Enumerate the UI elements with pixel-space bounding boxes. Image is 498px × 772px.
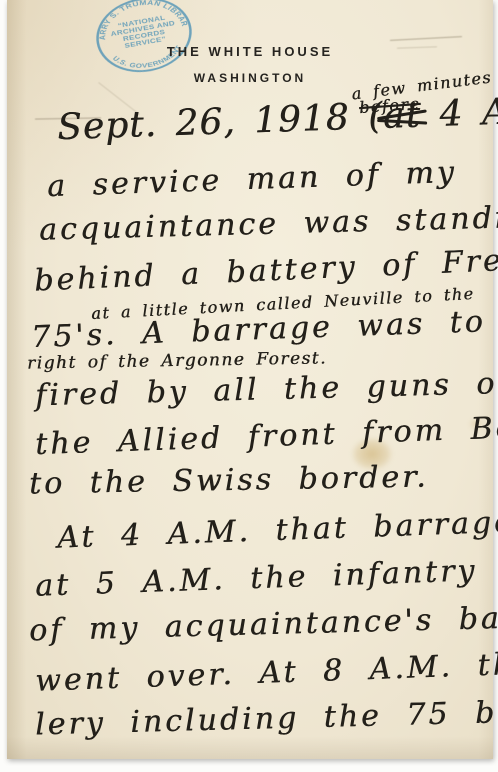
handwritten-line: at 5 A.M. the infantry in front	[35, 547, 498, 603]
handwritten-line: of my acquaintance's battery	[29, 599, 498, 649]
handwritten-line: the Allied front from Belgium	[35, 407, 498, 462]
handwritten-line: went over. At 8 A.M. the artil-	[35, 642, 498, 699]
date-text: Sept. 26, 1918 (	[56, 96, 383, 148]
letterhead-title: THE WHITE HOUSE	[7, 44, 493, 59]
handwritten-line: acquaintance was standing	[39, 199, 498, 247]
scanned-page: HARRY S. TRUMAN LIBRARY U.S. GOVERNMENT …	[0, 0, 498, 772]
date-time-text: 4 A. M.	[420, 89, 498, 136]
handwritten-line: At 4 A.M. that barrage started	[57, 499, 498, 555]
letter-paper: HARRY S. TRUMAN LIBRARY U.S. GOVERNMENT …	[7, 0, 493, 759]
archive-stamp-icon: HARRY S. TRUMAN LIBRARY U.S. GOVERNMENT …	[87, 0, 201, 82]
struck-out-word: at	[382, 95, 421, 137]
handwritten-line: to the Swiss border.	[29, 460, 429, 502]
handwritten-line: lery including the 75 battery	[35, 693, 498, 743]
handwritten-line: fired by all the guns on	[35, 366, 498, 414]
crease-mark	[390, 36, 462, 41]
handwritten-line: a service man of my	[47, 155, 458, 204]
handwritten-insertion-line: right of the Argonne Forest.	[27, 348, 327, 373]
handwritten-date-line: Sept. 26, 1918 (at 4 A. M.	[56, 89, 498, 149]
